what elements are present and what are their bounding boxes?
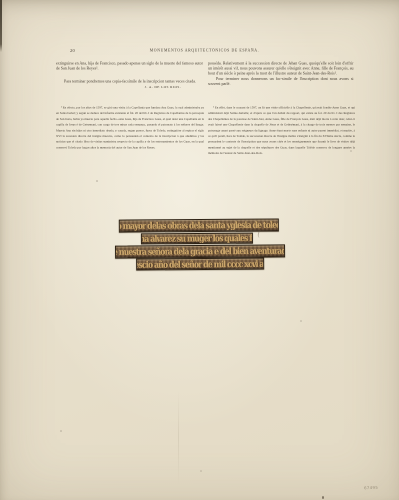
- inscription-line-1: aqui yaze juan guas maestro mayor delas …: [119, 218, 279, 232]
- inscription-line-3-text: esta capilla a onor de nuestra señora de…: [115, 245, 285, 258]
- inscription-line-2: e marina alvarez su muger los quales fiz…: [141, 232, 253, 244]
- corner-pencil-note: 67495: [364, 486, 378, 491]
- french-footnote-text: ¹ En effet, dans le courant de 1597, on …: [208, 105, 355, 156]
- paper-speck: [322, 496, 324, 499]
- inscription-facsimile-plate: aqui yaze juan guas maestro mayor delas …: [110, 215, 292, 274]
- author-signature: J. A. DE LOS RIOS.: [56, 84, 203, 89]
- spanish-text-column: extinguirse en Ana, hija de Francisco, p…: [56, 61, 203, 89]
- spanish-footnote: ¹ En efecto, por los años de 1597, se gi…: [56, 105, 204, 151]
- paper-speck: [350, 150, 352, 152]
- paper-crease: [178, 390, 179, 485]
- paper-speck: [300, 320, 302, 322]
- scan-edge-shadow: [0, 0, 2, 52]
- french-footnote: ¹ En effet, dans le courant de 1597, on …: [208, 105, 355, 156]
- spanish-footnote-text: ¹ En efecto, por los años de 1597, se gi…: [56, 105, 204, 151]
- spanish-paragraph-1: extinguirse en Ana, hija de Francisco, p…: [56, 61, 203, 71]
- french-text-column: posséda. Relativement à la succession di…: [208, 61, 354, 87]
- inscription-line-4-text: fallescio año del señor de mil cccc xcvi…: [136, 258, 264, 269]
- inscription-line-4: fallescio año del señor de mil cccc xcvi…: [136, 258, 264, 271]
- french-paragraph-2: Pour terminer nous donnerons un fac-simi…: [208, 76, 354, 86]
- inscription-line-2-text: e marina alvarez su muger los quales fiz…: [141, 233, 253, 245]
- inscription-line-3: esta capilla a onor de nuestra señora de…: [115, 244, 285, 258]
- french-paragraph-1: posséda. Relativement à la succession di…: [208, 61, 354, 76]
- paper-speck: [200, 470, 202, 472]
- running-title: MONUMENTOS ARQUITECTÓNICOS DE ESPAÑA.: [56, 48, 353, 52]
- paper-speck: [60, 430, 62, 432]
- inscription-line-1-text: aqui yaze juan guas maestro mayor delas …: [119, 219, 279, 232]
- paper-speck: [96, 180, 98, 182]
- scanned-book-page: 20 MONUMENTOS ARQUITECTÓNICOS DE ESPAÑA.…: [0, 0, 399, 500]
